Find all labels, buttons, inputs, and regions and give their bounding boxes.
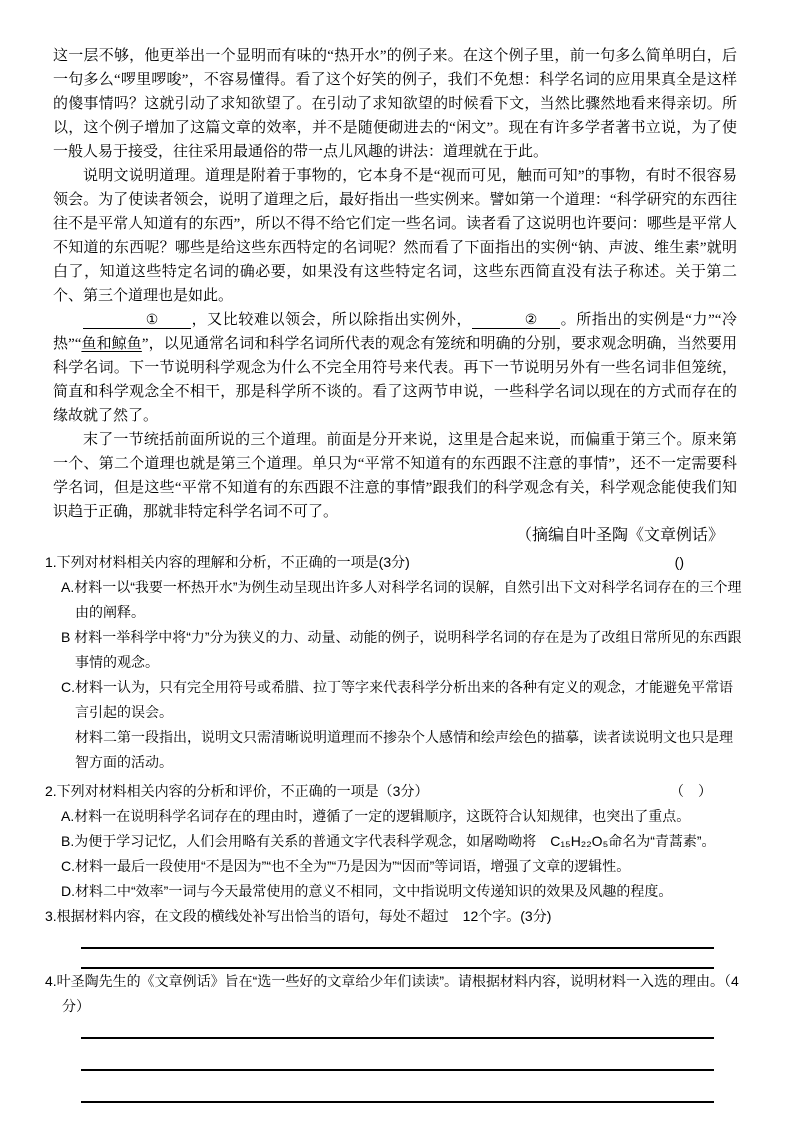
question-2-answer-bracket: （ ） bbox=[670, 779, 712, 804]
answer-line bbox=[81, 949, 714, 969]
exam-page: 这一层不够，他更举出一个显明而有味的“热开水”的例子来。在这个例子里，前一句多么… bbox=[0, 0, 793, 1121]
fill-blank-2: ② bbox=[472, 311, 560, 329]
question-3-stem: 3.根据材料内容，在文段的横线处补写出恰当的语句，每处不超过 12个字。(3分) bbox=[45, 904, 745, 929]
passage-text-segment: ”，以见通常名词和科学名词所代表的观念有笼统和明确的分别，要求观念明确，当然要用… bbox=[53, 336, 737, 424]
passage-paragraph-4: 末了一节统括前面所说的三个道理。前面是分开来说，这里是合起来说，而偏重于第三个。… bbox=[53, 428, 737, 524]
question-4-stem-text: 4.叶圣陶先生的《文章例话》旨在“选一些好的文章给少年们读读”。请根据材料内容，… bbox=[45, 973, 739, 1014]
question-1: 1.下列对材料相关内容的理解和分析，不正确的一项是(3分)() A.材料一以“我… bbox=[45, 550, 745, 775]
question-2-option-a: A.材料一在说明科学名词存在的理由时，遵循了一定的逻辑顺序，这既符合认知规律，也… bbox=[45, 804, 745, 829]
blank-number-1: ① bbox=[146, 311, 159, 327]
question-3-stem-text: 3.根据材料内容，在文段的横线处补写出恰当的语句，每处不超过 12个字。(3分) bbox=[45, 908, 551, 924]
question-2-stem: 2.下列对材料相关内容的分析和评价，不正确的一项是（3分）（ ） bbox=[45, 779, 745, 804]
underlined-example: 鱼和鲸鱼 bbox=[81, 336, 141, 352]
question-2-option-d: D.材料二中“效率”一词与今天最常使用的意义不相同，文中指说明文传递知识的效果及… bbox=[45, 879, 745, 904]
question-1-stem: 1.下列对材料相关内容的理解和分析，不正确的一项是(3分)() bbox=[45, 550, 745, 575]
passage-paragraph-2: 说明文说明道理。道理是附着于事物的，它本身不是“视而可见，触而可知”的事物，有时… bbox=[53, 164, 737, 308]
question-2: 2.下列对材料相关内容的分析和评价，不正确的一项是（3分）（ ） A.材料一在说… bbox=[45, 779, 745, 904]
question-1-option-a: A.材料一以“我要一杯热开水”为例生动呈现出许多人对科学名词的误解，自然引出下文… bbox=[45, 575, 745, 625]
passage-attribution: （摘编自叶圣陶《文章例话》 bbox=[53, 524, 737, 548]
question-3: 3.根据材料内容，在文段的横线处补写出恰当的语句，每处不超过 12个字。(3分) bbox=[45, 904, 745, 969]
passage-paragraph-3: ①，又比较难以领会，所以除指出实例外，②。所指出的实例是“力”“冷热”“鱼和鲸鱼… bbox=[53, 308, 737, 428]
answer-line bbox=[81, 929, 714, 949]
question-1-option-b: B 材料一举科学中将“力”分为狭义的力、动量、动能的例子，说明科学名词的存在是为… bbox=[45, 625, 745, 675]
question-2-option-b: B.为便于学习记忆，人们会用略有关系的普通文字代表科学观念，如屠呦呦将 C₁₅H… bbox=[45, 829, 745, 854]
passage-paragraph-1: 这一层不够，他更举出一个显明而有味的“热开水”的例子来。在这个例子里，前一句多么… bbox=[53, 44, 737, 164]
question-4-stem: 4.叶圣陶先生的《文章例话》旨在“选一些好的文章给少年们读读”。请根据材料内容，… bbox=[45, 969, 745, 1019]
answer-line bbox=[81, 1039, 714, 1071]
question-1-stem-text: 1.下列对材料相关内容的理解和分析，不正确的一项是(3分) bbox=[45, 554, 410, 570]
question-section: 1.下列对材料相关内容的理解和分析，不正确的一项是(3分)() A.材料一以“我… bbox=[45, 550, 745, 1103]
passage-text-segment: ，又比较难以领会，所以除指出实例外， bbox=[191, 312, 472, 328]
question-4: 4.叶圣陶先生的《文章例话》旨在“选一些好的文章给少年们读读”。请根据材料内容，… bbox=[45, 969, 745, 1103]
question-1-option-c: C.材料一认为，只有完全用符号或希腊、拉丁等字来代表科学分析出来的各种有定义的观… bbox=[45, 675, 745, 725]
answer-line bbox=[81, 1019, 714, 1039]
question-1-answer-bracket: () bbox=[675, 550, 684, 575]
question-1-option-d: 材料二第一段指出，说明文只需清晰说明道理而不掺杂个人感情和绘声绘色的描摹，读者读… bbox=[45, 725, 745, 775]
fill-blank-1: ① bbox=[83, 311, 191, 329]
question-2-option-c: C.材料一最后一段使用“不是因为”“也不全为”“乃是因为”“因而”等词语，增强了… bbox=[45, 854, 745, 879]
answer-line bbox=[81, 1071, 714, 1103]
question-2-stem-text: 2.下列对材料相关内容的分析和评价，不正确的一项是（3分） bbox=[45, 783, 428, 799]
reading-passage: 这一层不够，他更举出一个显明而有味的“热开水”的例子来。在这个例子里，前一句多么… bbox=[53, 44, 737, 548]
blank-number-2: ② bbox=[525, 311, 538, 327]
